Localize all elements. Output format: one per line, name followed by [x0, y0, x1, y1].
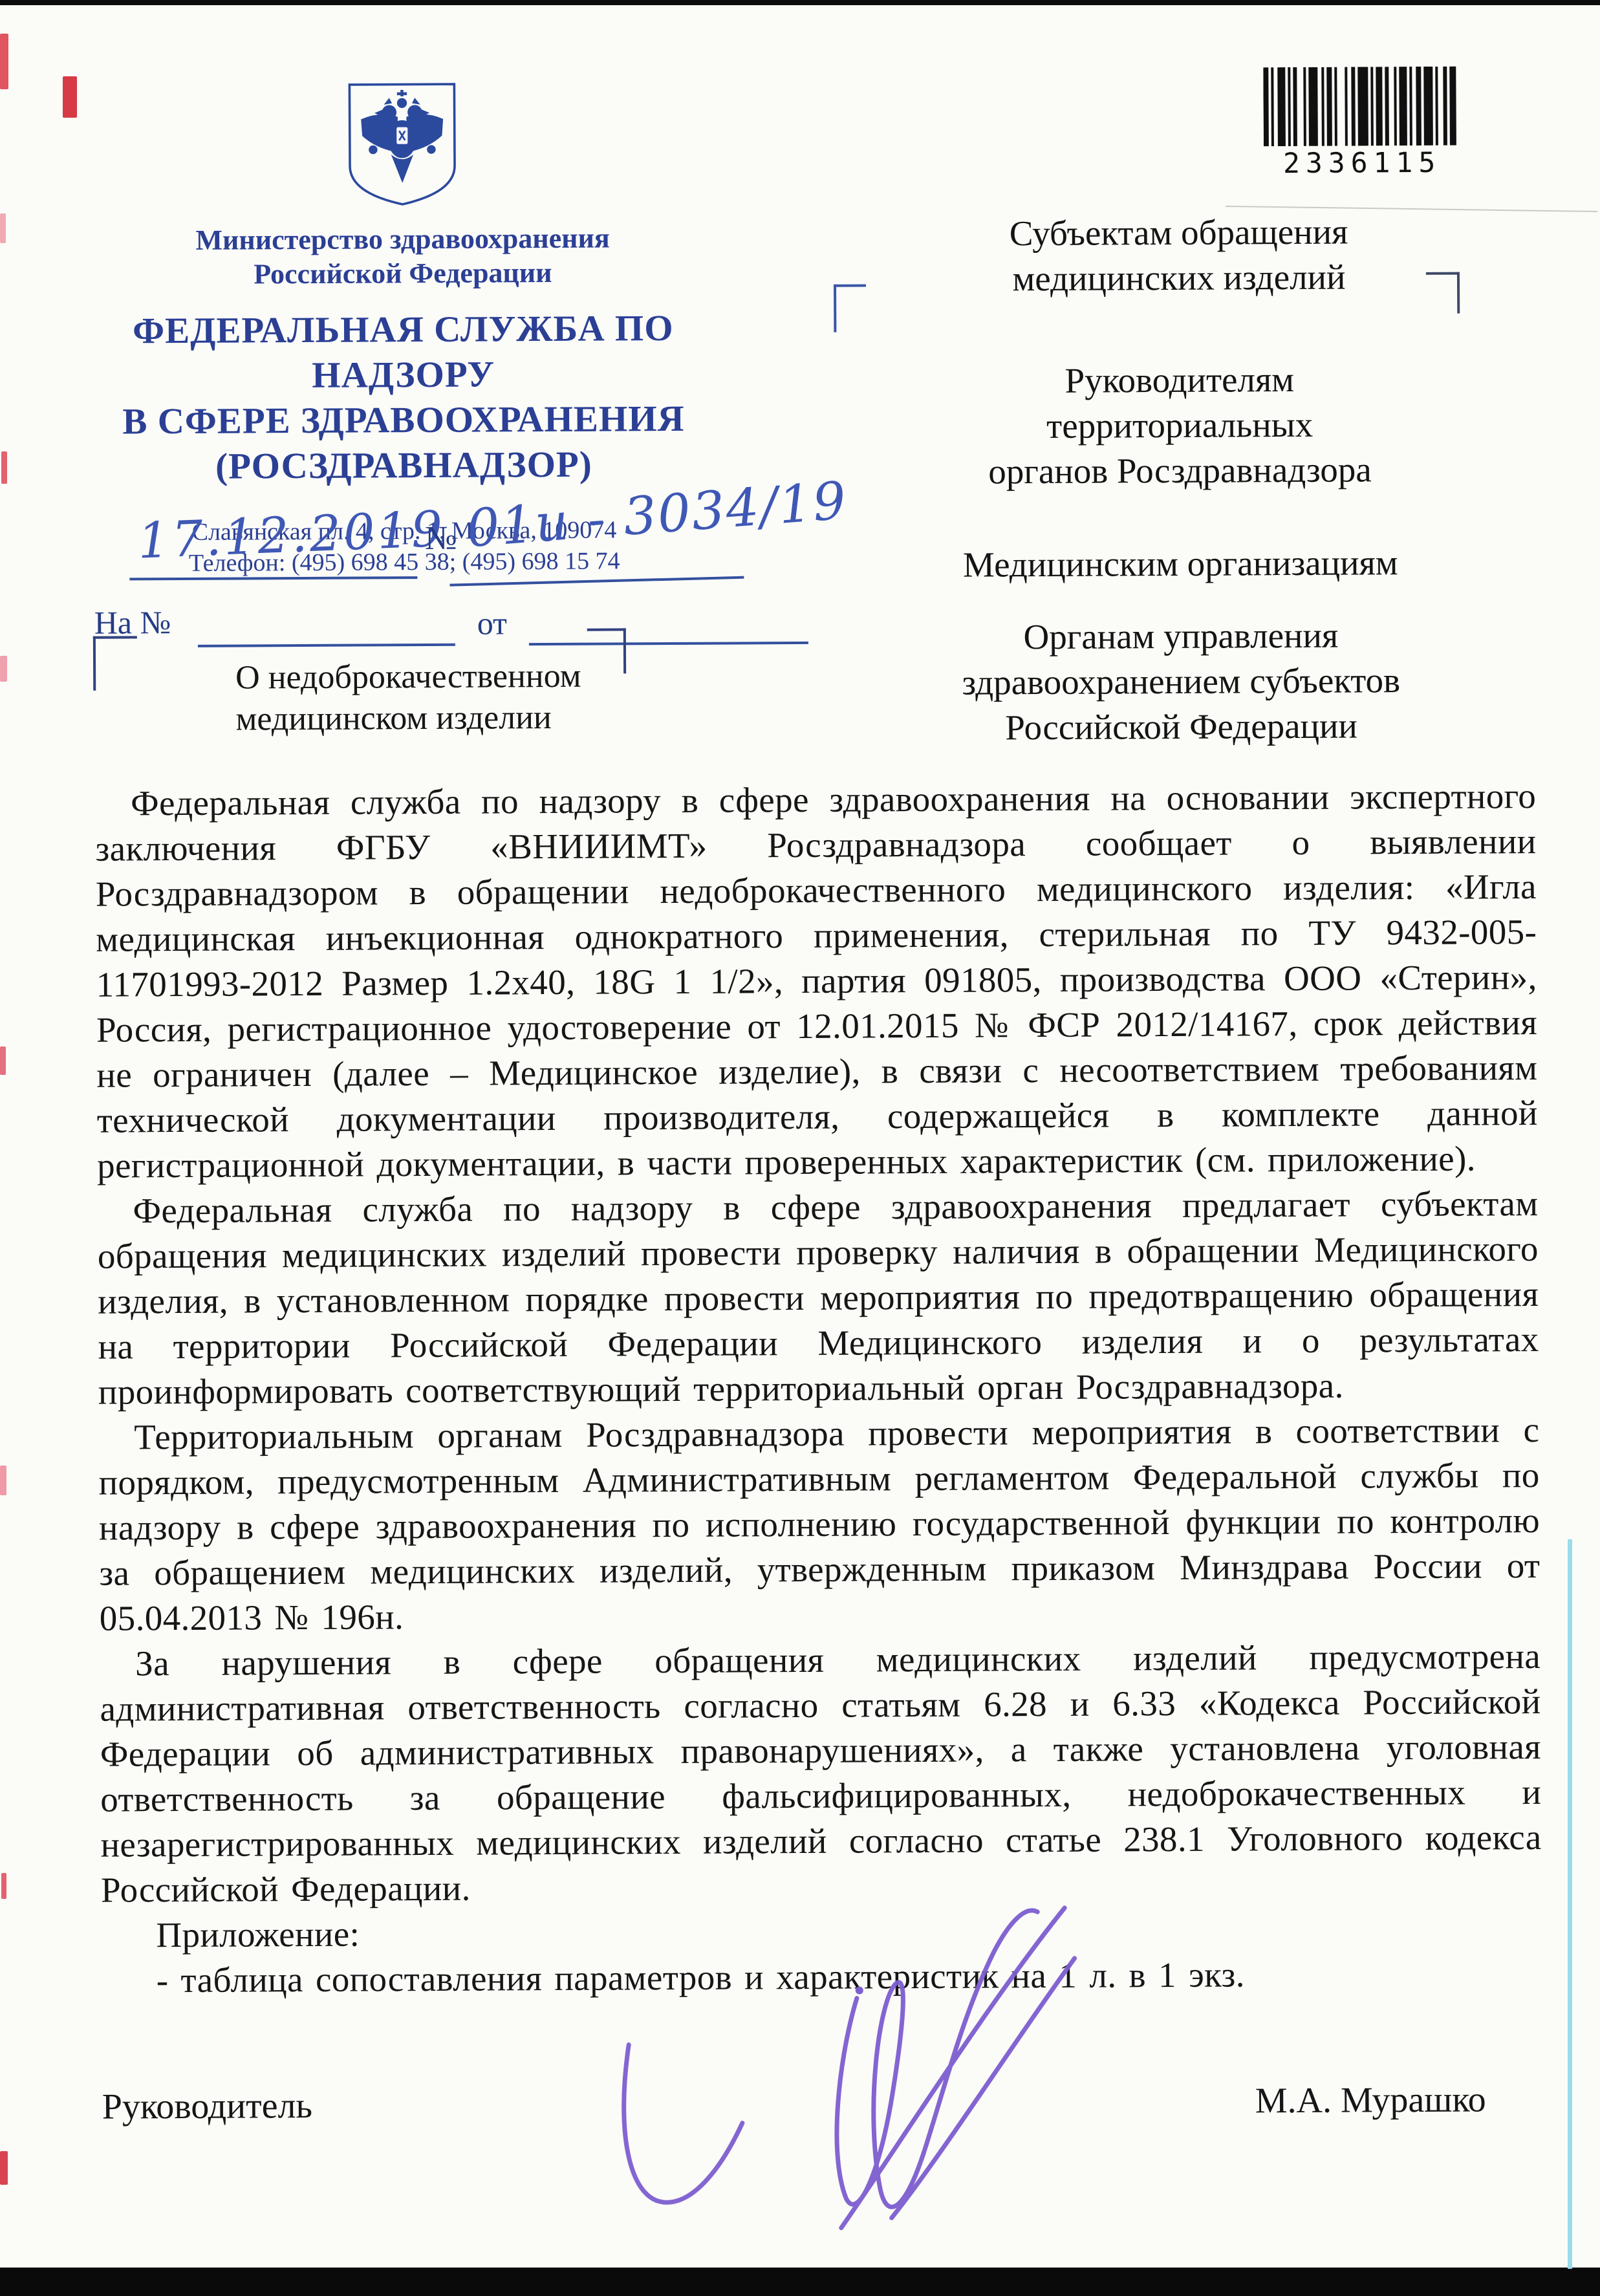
barcode-bars	[1263, 67, 1458, 147]
service-name-line1: ФЕДЕРАЛЬНАЯ СЛУЖБА ПО НАДЗОРУ	[80, 306, 727, 400]
barcode: 2336115	[1263, 67, 1458, 180]
subject-text: О недоброкачественном медицинском издели…	[235, 656, 581, 741]
reply-number-underline	[198, 644, 455, 647]
barcode-number: 2336115	[1283, 147, 1458, 180]
signer-title: Руководитель	[102, 2085, 313, 2128]
subject-bracket-left	[93, 636, 137, 690]
letter-body: Федеральная служба по надзору в сфере зд…	[95, 774, 1543, 2128]
ministry-name: Министерство здравоохранения Российской …	[80, 221, 727, 292]
service-name-line2: В СФЕРЕ ЗДРАВООХРАНЕНИЯ	[80, 396, 727, 445]
body-paragraph-2: Федеральная служба по надзору в сфере зд…	[97, 1181, 1539, 1415]
subject-bracket-right	[587, 628, 626, 673]
recipient-health-authorities: Органам управления здравоохранением субъ…	[845, 612, 1518, 751]
recipients-block: Субъектам обращения медицинских изделий …	[842, 208, 1517, 751]
attachment-item: - таблица сопоставления параметров и хар…	[102, 1951, 1542, 2004]
signer-name: М.А. Мурашко	[1255, 2079, 1543, 2121]
body-paragraph-3: Территориальным органам Росздравнадзора …	[98, 1407, 1541, 1641]
scanned-letter-page: Министерство здравоохранения Российской …	[0, 0, 1600, 2296]
reply-from-underline	[529, 642, 808, 645]
recipient-subjects: Субъектам обращения медицинских изделий	[842, 208, 1515, 302]
service-name-line3: (РОСЗДРАВНАДЗОР)	[80, 442, 727, 490]
coat-of-arms-eagle-icon	[343, 80, 460, 210]
body-paragraph-4: За нарушения в сфере обращения медицинск…	[100, 1634, 1542, 1913]
recipient-territorial-heads: Руководителям территориальных органов Ро…	[843, 356, 1517, 495]
number-underline	[449, 576, 744, 587]
number-sign-label: №	[425, 519, 457, 558]
handwritten-date: 17.12.2019	[136, 500, 446, 570]
attachment-label: Приложение:	[101, 1905, 1542, 1958]
body-paragraph-1: Федеральная служба по надзору в сфере зд…	[95, 774, 1538, 1189]
reply-from-label: от	[477, 604, 508, 642]
recipient-medical-organizations: Медицинским организациям	[844, 539, 1517, 588]
